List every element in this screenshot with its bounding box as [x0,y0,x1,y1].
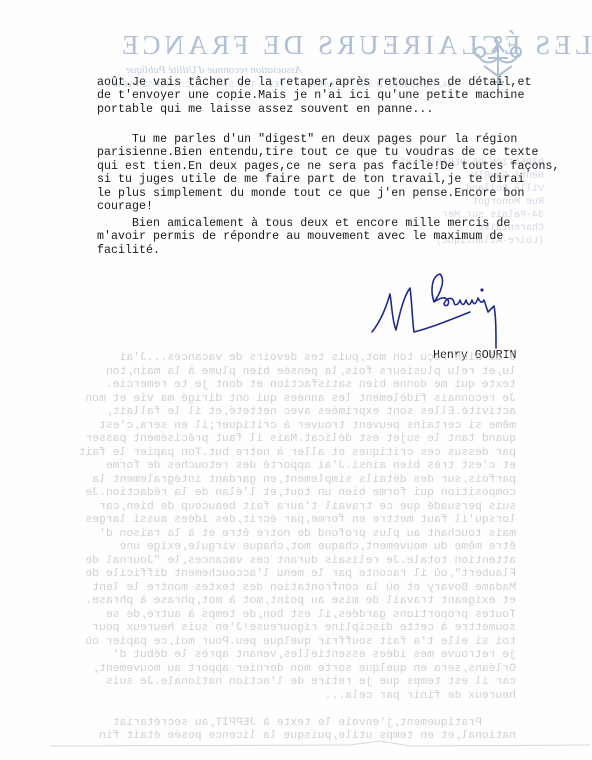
show-through-line [6,703,516,717]
show-through-line: texte qui me donne bien satisfaction et … [6,379,516,393]
letter-paragraph-1: août.Je vais tâcher de la retaper,après … [97,76,531,116]
show-through-line: quand tant le sujet est délicat.Mais il … [6,433,516,447]
show-through-line: lorsqu'il faut mettre en forme,par écrit… [6,514,516,528]
text-line: août.Je vais tâcher de la retaper,après … [97,76,531,89]
text-line: parisienne.Bien entendu,tire tout ce que… [97,146,560,159]
text-line: Tu me parles d'un "digest" en deux pages… [97,133,560,146]
show-through-text: J'ai bien reçu ton mot,puis tes devoirs … [6,352,516,744]
show-through-line: je retrouve mes idées essentielles,venan… [6,649,516,663]
text-line: le plus simplement du monde tout ce que … [97,187,560,200]
show-through-line: mais touchant au plus profond de notre ê… [6,528,516,542]
text-line: qui est tien.En deux pages,ce ne sera pa… [97,160,560,173]
show-through-line: être même du mouvement,chaque mot,chaque… [6,541,516,555]
show-through-line: toi si elle t'a fait souffrir quelque pe… [6,636,516,650]
show-through-line: activité.Elles sont exprimées avec nette… [6,406,516,420]
show-through-line: même si certains peuvent trouver à criti… [6,420,516,434]
show-through-line: Je reconnais fidèlement les années qui o… [6,393,516,407]
show-through-line: lu,et relu plusieurs fois,la pensée bien… [6,366,516,380]
show-through-line: Pratiquement,j'envoie le texte à JEPPIT,… [6,717,516,731]
show-through-line: attention totale.Je relisais durant ces … [6,555,516,569]
text-line: si tu juges utile de me faire part de to… [97,173,560,186]
letter-paragraph-2: Tu me parles d'un "digest" en deux pages… [97,133,560,213]
text-line: courage! [97,200,560,213]
show-through-line: Flaubert",où il raconte par le menu l'ac… [6,568,516,582]
show-through-line: J'ai bien reçu ton mot,puis tes devoirs … [6,352,516,366]
show-through-line: car il est temps que je retire de l'acti… [6,676,516,690]
text-line: portable qui me laisse assez souvent en … [97,103,531,116]
show-through-line: heureux de finir par cela... [6,690,516,704]
text-line: facilité. [97,244,510,257]
letter-paragraph-3: Bien amicalement à tous deux et encore m… [97,217,510,257]
show-through-line: Toutes proportions gardées,il est bon,de… [6,609,516,623]
show-through-line: Orléans,sera en quelque sorte mon dernie… [6,663,516,677]
show-through-line: par dessus ces critiques et aller à notr… [6,447,516,461]
paper-fold-edge [50,740,590,748]
show-through-line: composition qui forme bien un tout,et l'… [6,487,516,501]
show-through-line: et c'est très bien ainsi.J'ai apporté de… [6,460,516,474]
text-line: Bien amicalement à tous deux et encore m… [97,217,510,230]
letterhead-subtitle: Association reconnue d'Utilité Publique [126,64,302,76]
letter-page: LES ÉCLAIREURS DE FRANCE Association rec… [0,0,592,760]
handwritten-signature [370,272,520,352]
show-through-line: Madame Bovary et où la confrontation des… [6,582,516,596]
show-through-line: et exigeant travail de mise au point,mot… [6,595,516,609]
text-line: de t'envoyer une copie.Mais je n'ai ici … [97,89,531,102]
show-through-line: parfois,sur des détails simplement,en ga… [6,474,516,488]
text-line: m'avoir permis de répondre au mouvement … [97,230,510,243]
show-through-line: soumettre à cette discipline rigoureuse!… [6,622,516,636]
show-through-line: suis persuadé que ce travail t'aura fait… [6,501,516,515]
